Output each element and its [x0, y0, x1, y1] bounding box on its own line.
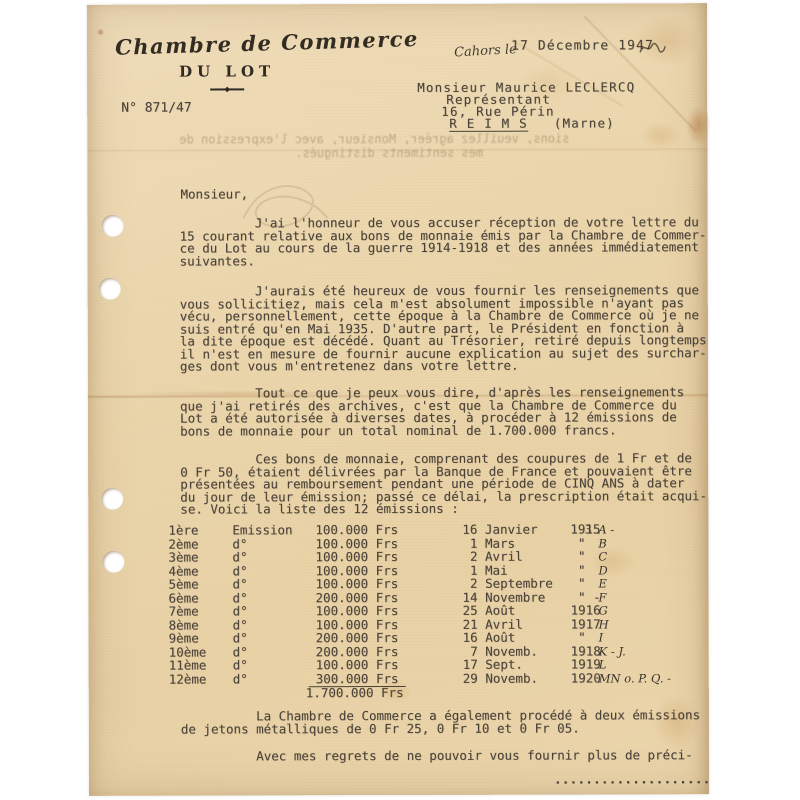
emission-date: 2 Avril [462, 551, 522, 564]
emission-year: 1919 [571, 658, 601, 671]
paragraph-4: Ces bons de monnaie, comprenant des coup… [180, 452, 707, 516]
emission-kind: Emission [232, 524, 292, 537]
emission-year: " [571, 632, 586, 645]
handwritten-flourish [638, 39, 666, 57]
paragraph-3: Tout ce que je peux vous dire, d'après l… [180, 386, 684, 437]
punch-hole [102, 551, 124, 573]
emission-kind: d° [233, 605, 248, 618]
emission-date: 16 Janvier [462, 524, 537, 537]
emission-ordinal: 7ème [169, 606, 199, 619]
punch-hole [101, 488, 123, 510]
emission-ordinal: 3ème [168, 552, 198, 565]
reference-number: N° 871/47 [121, 103, 191, 116]
handwritten-mark: A - [598, 523, 614, 535]
emission-ordinal: 1ère [168, 525, 198, 538]
letterhead-ornament [210, 88, 244, 90]
emission-kind: d° [232, 551, 247, 564]
emission-ordinal: 12ème [169, 674, 207, 687]
emission-amount: 100.000 Frs [315, 551, 398, 564]
table-row: 1ère Emission 100.000 Frs 16 Janvier 191… [168, 523, 713, 537]
emission-kind: d° [233, 659, 248, 672]
emission-ordinal: 5ème [168, 579, 198, 592]
handwritten-mark: B [598, 537, 606, 549]
emission-amount: 100.000 Frs [315, 578, 398, 591]
dateline-date: 17 Décembre 1947 [511, 40, 654, 53]
emission-amount: 100.000 Frs [316, 659, 399, 672]
emission-date: 16 Août [463, 632, 516, 645]
handwritten-mark: C [598, 550, 607, 562]
table-row: 7ème d° 100.000 Frs 25 Août 1916 G [169, 604, 714, 618]
bleed-through-line: mes sentiments distingués. [295, 147, 483, 159]
dotted-line: .................... [554, 773, 711, 786]
paragraph-1: J'ai l'honneur de vous accuser réception… [180, 216, 707, 267]
emission-year: " [570, 551, 585, 564]
table-row: 3ème d° 100.000 Frs 2 Avril " C [168, 550, 713, 564]
emission-ordinal: 9ème [169, 633, 199, 646]
emission-year: 1916 [571, 604, 601, 617]
emission-ordinal: 11ème [169, 660, 207, 673]
overtyped-digit: 3 [584, 523, 592, 536]
handwritten-mark: MN o. P. Q. - [599, 672, 671, 684]
salutation: Monsieur, [180, 188, 248, 201]
emission-kind: d° [233, 673, 248, 686]
emission-amount: 100.000 Frs [316, 605, 399, 618]
emission-kind: d° [233, 632, 248, 645]
emissions-total: 1.700.000 Frs [306, 687, 404, 700]
recipient-city-line: R E I M S(Marne) [449, 117, 615, 130]
paragraph-6: Avec mes regrets de ne pouvoir vous four… [181, 749, 693, 763]
emission-date: 17 Sept. [463, 659, 523, 672]
emission-year: " [570, 578, 585, 591]
letter-paper: Chambre de Commerce DU LOT N° 871/47 Cah… [87, 3, 709, 796]
recipient-region: (Marne) [554, 115, 615, 130]
emission-date: 29 Novemb. [463, 673, 538, 686]
emission-year: 1920 [571, 672, 601, 685]
handwritten-mark: I [599, 631, 604, 643]
bleed-through-line: sions, veuillez agréer, Monsieur, avec l… [179, 133, 569, 146]
handwritten-mark: H [599, 618, 609, 630]
handwritten-mark: D [598, 564, 607, 576]
emission-amount: 100.000 Frs [315, 524, 398, 537]
recipient-city: R E I M S [449, 116, 528, 132]
scan-background: { "colors": {"paper":"#ebd6ad","typewrit… [0, 0, 800, 800]
handwritten-mark: G [599, 604, 608, 616]
punch-hole [102, 215, 124, 237]
letterhead-department: DU LOT [147, 62, 307, 80]
punch-hole [99, 278, 121, 300]
emission-date: 25 Août [463, 605, 516, 618]
handwritten-mark: K - J. [599, 645, 626, 657]
table-row: 9ème d° 200.000 Frs 16 Août " I [169, 631, 714, 645]
emission-date: 2 Septembre [462, 578, 552, 591]
emission-kind: d° [232, 578, 247, 591]
handwritten-mark: L [599, 658, 607, 670]
table-row: 12ème d° 300.000 Frs 29 Novemb. 1920 MN … [169, 672, 714, 686]
paragraph-2: J'aurais été heureux de vous fournir les… [180, 284, 707, 373]
emission-amount: 200.000 Frs [316, 632, 399, 645]
handwritten-mark: E [598, 577, 606, 589]
paragraph-5: La Chambre de Commerce a également procé… [181, 709, 700, 735]
table-row: 5ème d° 100.000 Frs 2 Septembre " E [168, 577, 713, 591]
